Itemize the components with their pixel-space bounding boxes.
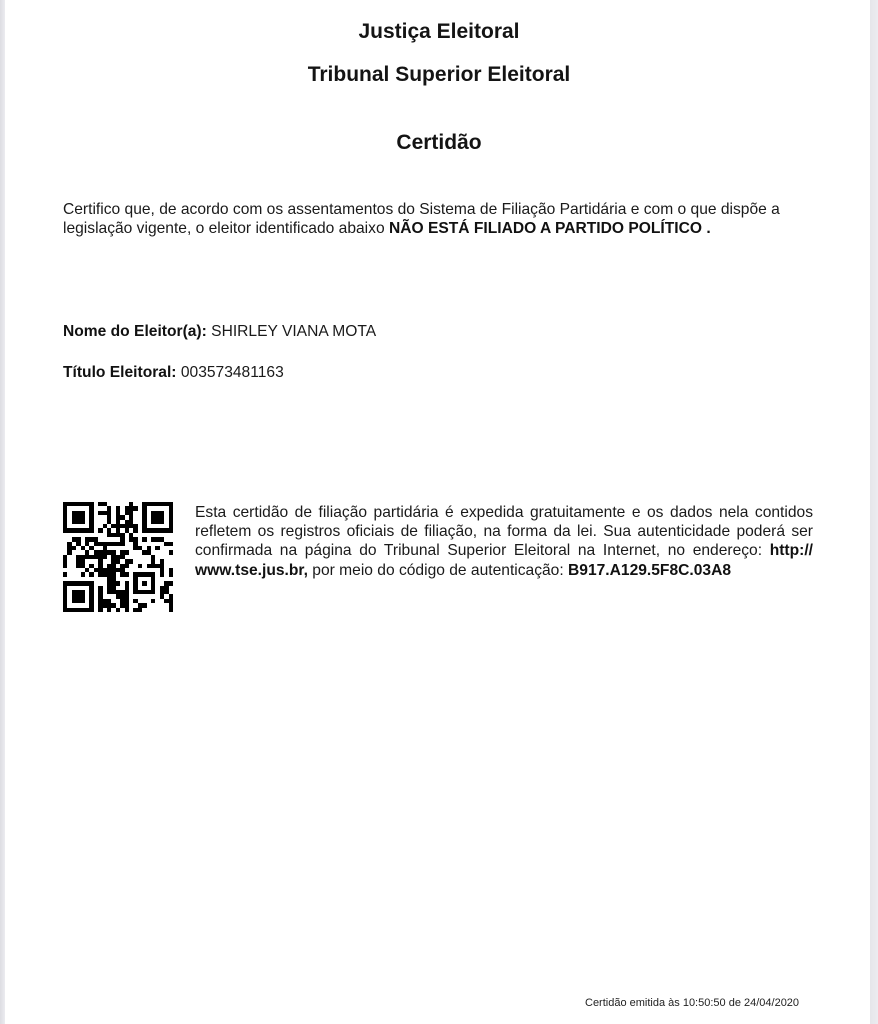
auth-code: B917.A129.5F8C.03A8 [568,562,731,579]
affiliation-status: NÃO ESTÁ FILIADO A PARTIDO POLÍTICO [389,220,702,237]
voter-name: SHIRLEY VIANA MOTA [211,323,376,340]
notice-text-2: por meio do código de autenticação: [308,562,568,579]
notice-text-1: Esta certidão de filiação partidária é e… [195,504,813,559]
certification-suffix: . [702,220,711,237]
voter-name-field: Nome do Eleitor(a): SHIRLEY VIANA MOTA [63,323,376,341]
voter-title-field: Título Eleitoral: 003573481163 [63,364,284,382]
header-tribunal: Tribunal Superior Eleitoral [0,63,878,87]
verification-notice: Esta certidão de filiação partidária é e… [195,503,813,580]
header-justica-eleitoral: Justiça Eleitoral [0,20,878,44]
voter-title-number: 003573481163 [181,364,284,381]
voter-title-label: Título Eleitoral: [63,364,177,381]
voter-name-label: Nome do Eleitor(a): [63,323,207,340]
certification-paragraph: Certifico que, de acordo com os assentam… [63,200,823,238]
issue-timestamp: Certidão emitida às 10:50:50 de 24/04/20… [585,997,799,1009]
document-title: Certidão [0,131,878,155]
qr-code-icon [63,502,173,612]
